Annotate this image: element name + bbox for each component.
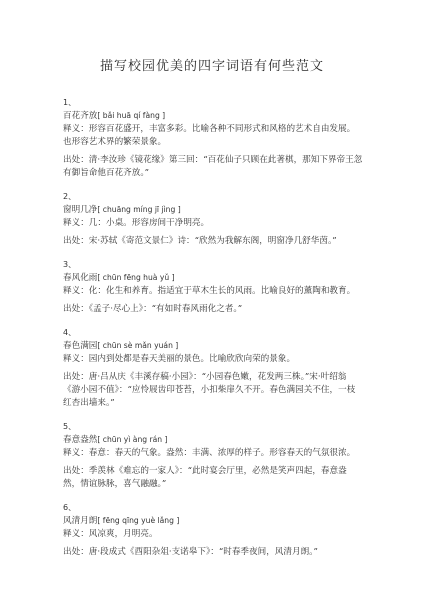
entry-source: 出处：唐·吕从庆《丰溪存稿·小园》：“小园春色嫩，花发两三株。”宋·叶绍翁《游小… [63,371,363,410]
entry-item: 1、 百花齐放[ bǎi huā qí fàng ] 释义：形容百花盛开，丰富多… [63,96,363,180]
entry-heading: 春意盎然[ chūn yì àng rán ] [63,433,363,447]
entry-word: 春风化雨 [63,273,97,283]
entries-list: 1、 百花齐放[ bǎi huā qí fàng ] 释义：形容百花盛开，丰富多… [63,96,363,564]
entry-meaning: 释义：化：化生和养育。指适宜于草木生长的风雨。比喻良好的薰陶和教育。 [63,285,363,298]
entry-source: 出处：《孟子·尽心上》：“有如时春风雨化之者。” [63,303,363,316]
entry-heading: 春色满园[ chūn sè mǎn yuán ] [63,339,363,353]
entry-number: 4、 [63,326,363,339]
entry-number: 1、 [63,96,363,109]
entry-number: 2、 [63,190,363,203]
entry-source: 出处：季羡林《难忘的一家人》：“此时宴会厅里，必然是笑声四起，春意盎然，情谊脉脉… [63,465,363,491]
entry-item: 3、 春风化雨[ chūn fēng huà yǔ ] 释义：化：化生和养育。指… [63,258,363,316]
entry-meaning: 释义：园内到处都是春天美丽的景色。比喻欣欣向荣的景象。 [63,353,363,366]
entry-heading: 风清月朗[ fēng qīng yuè lǎng ] [63,514,363,528]
entry-item: 4、 春色满园[ chūn sè mǎn yuán ] 释义：园内到处都是春天美… [63,326,363,410]
entry-meaning: 释义：春意：春天的气象。盎然：丰满、浓厚的样子。形容春天的气氛很浓。 [63,447,363,460]
document-page: 描写校园优美的四字词语有何些范文 1、 百花齐放[ bǎi huā qí fàn… [0,0,424,600]
entry-word: 春意盎然 [63,435,97,445]
entry-pinyin: [ bǎi huā qí fàng ] [97,111,165,120]
entry-meaning: 释义：几：小桌。形容房间干净明亮。 [63,217,363,230]
entry-word: 百花齐放 [63,111,97,121]
entry-word: 风清月朗 [63,516,97,526]
entry-heading: 窗明几净[ chuāng míng jī jìng ] [63,203,363,217]
entry-heading: 百花齐放[ bǎi huā qí fàng ] [63,109,363,123]
entry-number: 3、 [63,258,363,271]
page-title: 描写校园优美的四字词语有何些范文 [0,55,424,74]
entry-number: 5、 [63,420,363,433]
entry-source: 出处：清·李汝珍《镜花缘》第三回：“百花仙子只顾在此著棋，那知下界帝王忽有御旨命… [63,154,363,180]
entry-item: 5、 春意盎然[ chūn yì àng rán ] 释义：春意：春天的气象。盎… [63,420,363,491]
entry-pinyin: [ chūn yì àng rán ] [97,435,167,444]
entry-number: 6、 [63,501,363,514]
entry-pinyin: [ chūn sè mǎn yuán ] [97,341,178,350]
entry-word: 春色满园 [63,341,97,351]
entry-heading: 春风化雨[ chūn fēng huà yǔ ] [63,271,363,285]
entry-meaning: 释义：风凉爽，月明亮。 [63,528,363,541]
entry-pinyin: [ chūn fēng huà yǔ ] [97,273,174,282]
entry-item: 2、 窗明几净[ chuāng míng jī jìng ] 释义：几：小桌。形… [63,190,363,248]
entry-source: 出处：唐·段成式《酉阳杂俎·支诺皋下》：“时春季夜间，风清月朗。” [63,546,363,559]
entry-item: 6、 风清月朗[ fēng qīng yuè lǎng ] 释义：风凉爽，月明亮… [63,501,363,559]
entry-word: 窗明几净 [63,205,97,215]
entry-meaning: 释义：形容百花盛开，丰富多彩。比喻各种不同形式和风格的艺术自由发展。也形容艺术界… [63,123,363,149]
entry-source: 出处：宋·苏轼《寄范文景仁》诗：“欣然为我解东阁，明窗净几舒华茵。” [63,235,363,248]
entry-pinyin: [ chuāng míng jī jìng ] [97,205,180,214]
entry-pinyin: [ fēng qīng yuè lǎng ] [97,516,179,525]
